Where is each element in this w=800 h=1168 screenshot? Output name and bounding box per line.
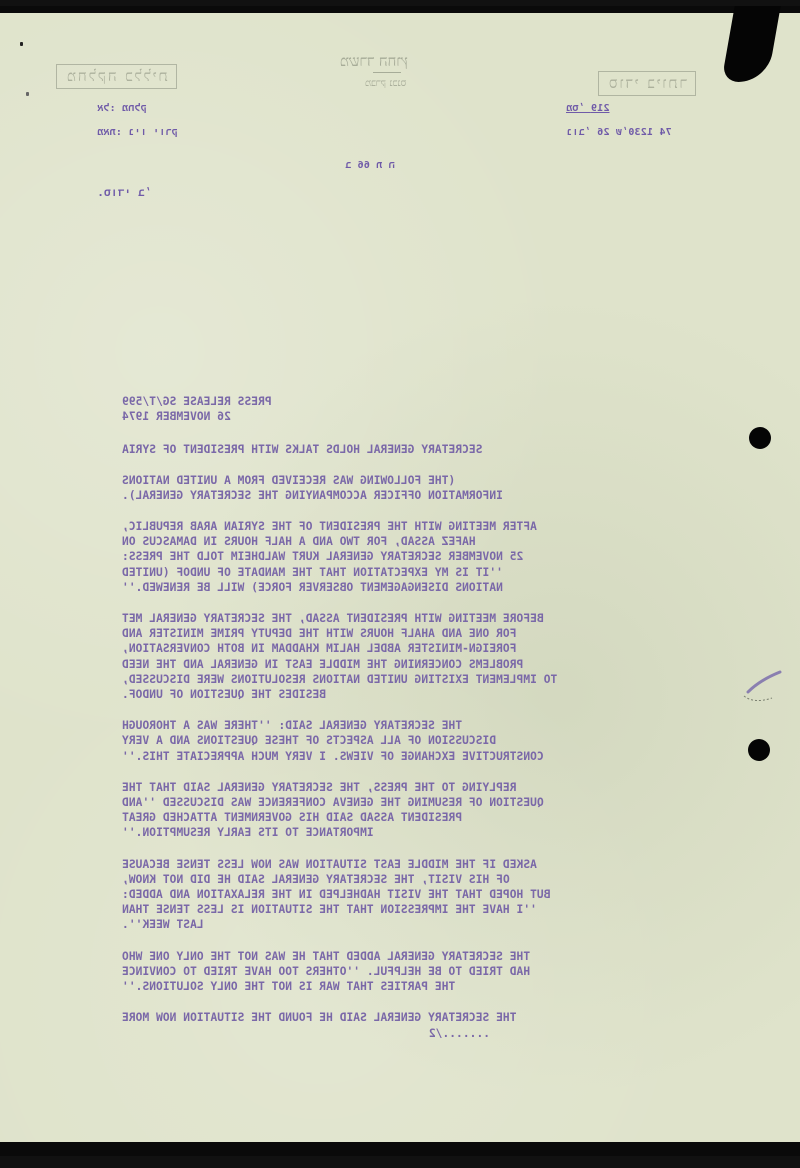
corner-ink-blot: [721, 6, 780, 82]
paragraph-after-meeting: AFTER MEETING WITH THE PRESIDENT OF THE …: [122, 519, 712, 595]
header-message-number: מס׳ 219: [566, 103, 610, 115]
speck: [20, 42, 23, 46]
header-date-time: 74 נוב׳ 26 ש׳1230: [566, 127, 672, 139]
header-to-line: אל: מחלק: [97, 103, 147, 115]
spacer: [122, 503, 712, 519]
letterhead-subtitle: מברק נכנס: [365, 78, 406, 89]
spacer: [122, 841, 712, 857]
spacer: [122, 702, 712, 718]
letterhead-title-text: משרד החוץ: [340, 52, 408, 71]
letterhead-subtitle-text: מברק נכנס: [365, 78, 406, 89]
scan-top-edge: [0, 6, 800, 13]
spacer: [122, 933, 712, 949]
paragraph-found: THE SECRETARY GENERAL SAID HE FOUND THE …: [122, 1010, 712, 1025]
scan-bottom-edge: [0, 1142, 800, 1156]
press-release-number: PRESS RELEASE SG/T/599: [122, 394, 712, 409]
press-release-title: SECRETARY GENERAL HOLDS TALKS WITH PRESI…: [122, 442, 712, 457]
header-salutation: סודי ב׳.: [97, 186, 151, 200]
spacer: [122, 595, 712, 611]
press-release-body: PRESS RELEASE SG/T/599 26 NOVEMBER 1974 …: [122, 394, 712, 1041]
paragraph-before-meeting: BEFORE MEETING WITH PRESIDENT ASSAD, THE…: [122, 611, 712, 702]
letterhead-rule: [373, 72, 401, 73]
speck: [26, 92, 29, 96]
spacer: [122, 458, 712, 473]
paragraph-sg-said: THE SECRETARY GENERAL SAID: ''THERE WAS …: [122, 718, 712, 764]
right-classification-stamp: סודי ביותר: [598, 71, 696, 96]
paragraph-added: THE SECRETARY GENERAL ADDED THAT HE WAS …: [122, 949, 712, 995]
paragraph-intro: (THE FOLLOWING WAS RECEIVED FROM A UNITE…: [122, 473, 712, 503]
pencil-mark-icon: [740, 662, 784, 702]
punch-hole-top: [749, 427, 771, 449]
spacer: [122, 994, 712, 1010]
left-classification-stamp: מחלקה כללית: [56, 64, 177, 89]
continuation-mark: ......./2: [122, 1026, 712, 1041]
spacer: [122, 764, 712, 780]
paragraph-asked: ASKED IF THE MIDDLE EAST SITUATION WAS N…: [122, 857, 712, 933]
punch-hole-bottom: [748, 739, 770, 761]
document-page: מחלקה כללית סודי ביותר משרד החוץ מברק נכ…: [0, 6, 800, 1156]
header-from-line: מאת: ניו יורק: [97, 127, 178, 139]
right-stamp-text: סודי ביותר: [607, 74, 687, 93]
header-center-mark: ב 66 ת ה: [345, 160, 395, 172]
paragraph-replying: REPLYING TO THE PRESS, THE SECRETARY GEN…: [122, 780, 712, 841]
spacer: [122, 424, 712, 442]
left-stamp-text: מחלקה כללית: [65, 67, 168, 86]
letterhead-title: משרד החוץ: [340, 52, 408, 71]
press-release-date: 26 NOVEMBER 1974: [122, 409, 712, 424]
